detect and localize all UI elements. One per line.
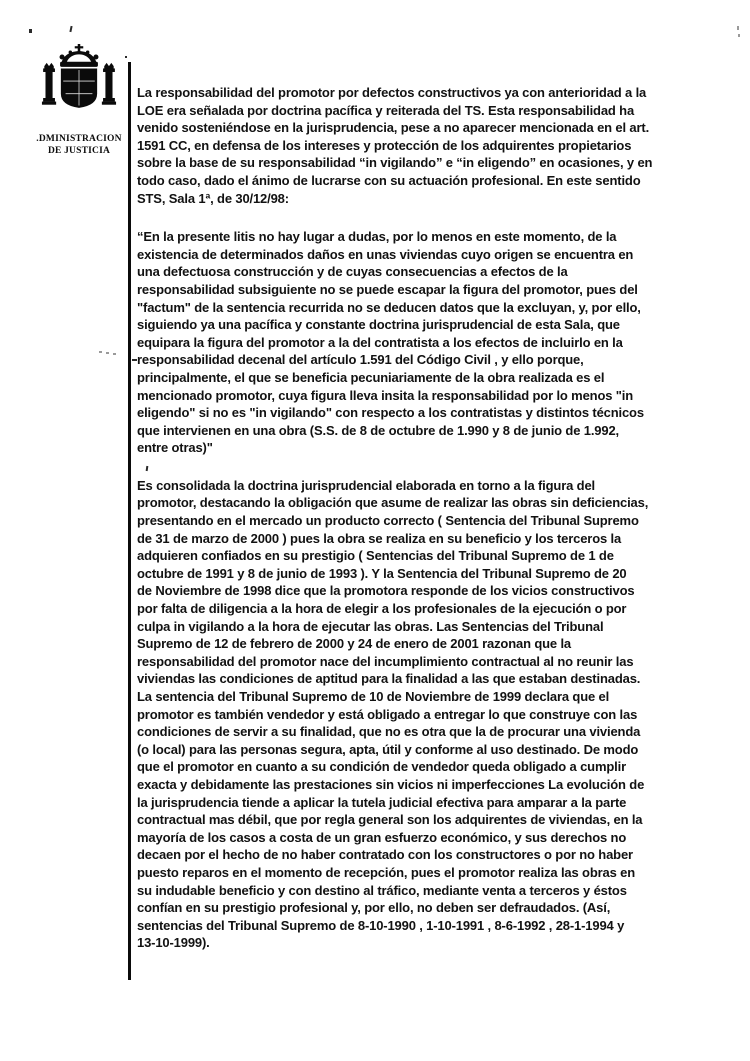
text-line: STS, Sala 1ª, de 30/12/98: — [137, 190, 698, 208]
text-line: existencia de determinados daños en unas… — [137, 246, 698, 264]
text-line: (o local) para las personas segura, apta… — [137, 741, 698, 759]
scan-speck — [113, 353, 116, 355]
text-line: responsabilidad del promotor nace del in… — [137, 653, 698, 671]
margin-separator-line — [128, 62, 131, 980]
text-line: 1591 CC, en defensa de los intereses y p… — [137, 137, 698, 155]
text-line: Supremo de 12 de febrero de 2000 y 24 de… — [137, 635, 698, 653]
text-line: decaen por el hecho de no haber contrata… — [137, 846, 698, 864]
text-line: una defectuosa construcción y de cuyas c… — [137, 263, 698, 281]
text-line: mayoría de los casos a costa de un gran … — [137, 829, 698, 847]
text-line: de Noviembre de 1998 dice que la promoto… — [137, 582, 698, 600]
text-line: sentencias del Tribunal Supremo de 8-10-… — [137, 917, 698, 935]
text-line: contractual mas débil, que por regla gen… — [137, 811, 698, 829]
scanned-legal-document-page: .DMINISTRACION DE JUSTICIA La responsabi… — [0, 0, 750, 1061]
text-line: 13-10-1999). — [137, 934, 698, 952]
text-line: que el promotor en cuanto a su condición… — [137, 758, 698, 776]
text-line: de 31 de marzo de 2000 ) pues la obra se… — [137, 530, 698, 548]
text-line: presentando en el mercado un producto co… — [137, 512, 698, 530]
logo-caption-line1: .DMINISTRACION — [27, 134, 131, 146]
text-line: sobre la base de su responsabilidad “in … — [137, 154, 698, 172]
text-line: su indudable beneficio y con destino al … — [137, 882, 698, 900]
scan-speck — [99, 351, 102, 353]
logo-caption-line2: DE JUSTICIA — [27, 146, 131, 158]
text-line: octubre de 1991 y 8 de junio de 1993 ). … — [137, 565, 698, 583]
text-line: mencionado promotor, cuya figura lleva i… — [137, 387, 698, 405]
paragraph: La responsabilidad del promotor por defe… — [137, 84, 698, 207]
administration-of-justice-logo: .DMINISTRACION DE JUSTICIA — [27, 44, 131, 157]
text-line: siguiendo ya una pacífica y constante do… — [137, 316, 698, 334]
scan-speck — [29, 29, 32, 33]
text-line: adquieren confiados en su prestigio ( Se… — [137, 547, 698, 565]
scan-speck — [132, 359, 137, 361]
text-line: La sentencia del Tribunal Supremo de 10 … — [137, 688, 698, 706]
text-line: que intervienen en una obra (S.S. de 8 d… — [137, 422, 698, 440]
scan-speck — [125, 56, 127, 58]
text-line: “En la presente litis no hay lugar a dud… — [137, 228, 698, 246]
document-body-text: La responsabilidad del promotor por defe… — [137, 84, 698, 952]
text-line: exacta y debidamente las prestaciones si… — [137, 776, 698, 794]
text-line: responsabilidad decenal del artículo 1.5… — [137, 351, 698, 369]
paragraph: “En la presente litis no hay lugar a dud… — [137, 228, 698, 457]
text-line: puesto reparos en el momento de recepció… — [137, 864, 698, 882]
text-line: Es consolidada la doctrina jurisprudenci… — [137, 477, 698, 495]
text-line: por falta de diligencia a la hora de ele… — [137, 600, 698, 618]
text-line: confían en su prestigio profesional y, p… — [137, 899, 698, 917]
scan-speck — [69, 26, 72, 32]
text-line: equipara la figura del promotor a la del… — [137, 334, 698, 352]
text-line: culpa in vigilando a la hora de ejecutar… — [137, 618, 698, 636]
text-line: promotor es también vendedor y está obli… — [137, 706, 698, 724]
text-line: responsabilidad subsiguiente no se puede… — [137, 281, 698, 299]
coat-of-arms-icon — [39, 44, 119, 126]
text-line: venido sosteniéndose en la jurisprudenci… — [137, 119, 698, 137]
text-line: principalmente, el que se beneficia pecu… — [137, 369, 698, 387]
text-line: condiciones de servir a su finalidad, qu… — [137, 723, 698, 741]
text-line: LOE era señalada por doctrina pacífica y… — [137, 102, 698, 120]
text-line: viviendas las condiciones de aptitud par… — [137, 670, 698, 688]
text-line: promotor, destacando la obligación que a… — [137, 494, 698, 512]
text-line: todo caso, dado el ánimo de lucrarse con… — [137, 172, 698, 190]
text-line: la jurisprudencia tiende a aplicar la tu… — [137, 794, 698, 812]
text-line: eligendo" si no es "in vigilando" con re… — [137, 404, 698, 422]
paragraph: Es consolidada la doctrina jurisprudenci… — [137, 477, 698, 952]
scan-speck — [738, 34, 740, 37]
text-line: La responsabilidad del promotor por defe… — [137, 84, 698, 102]
text-line: "factum" de la sentencia recurrida no se… — [137, 299, 698, 317]
text-line: entre otras)" — [137, 439, 698, 457]
scan-speck — [737, 26, 739, 30]
scan-speck — [106, 352, 109, 354]
